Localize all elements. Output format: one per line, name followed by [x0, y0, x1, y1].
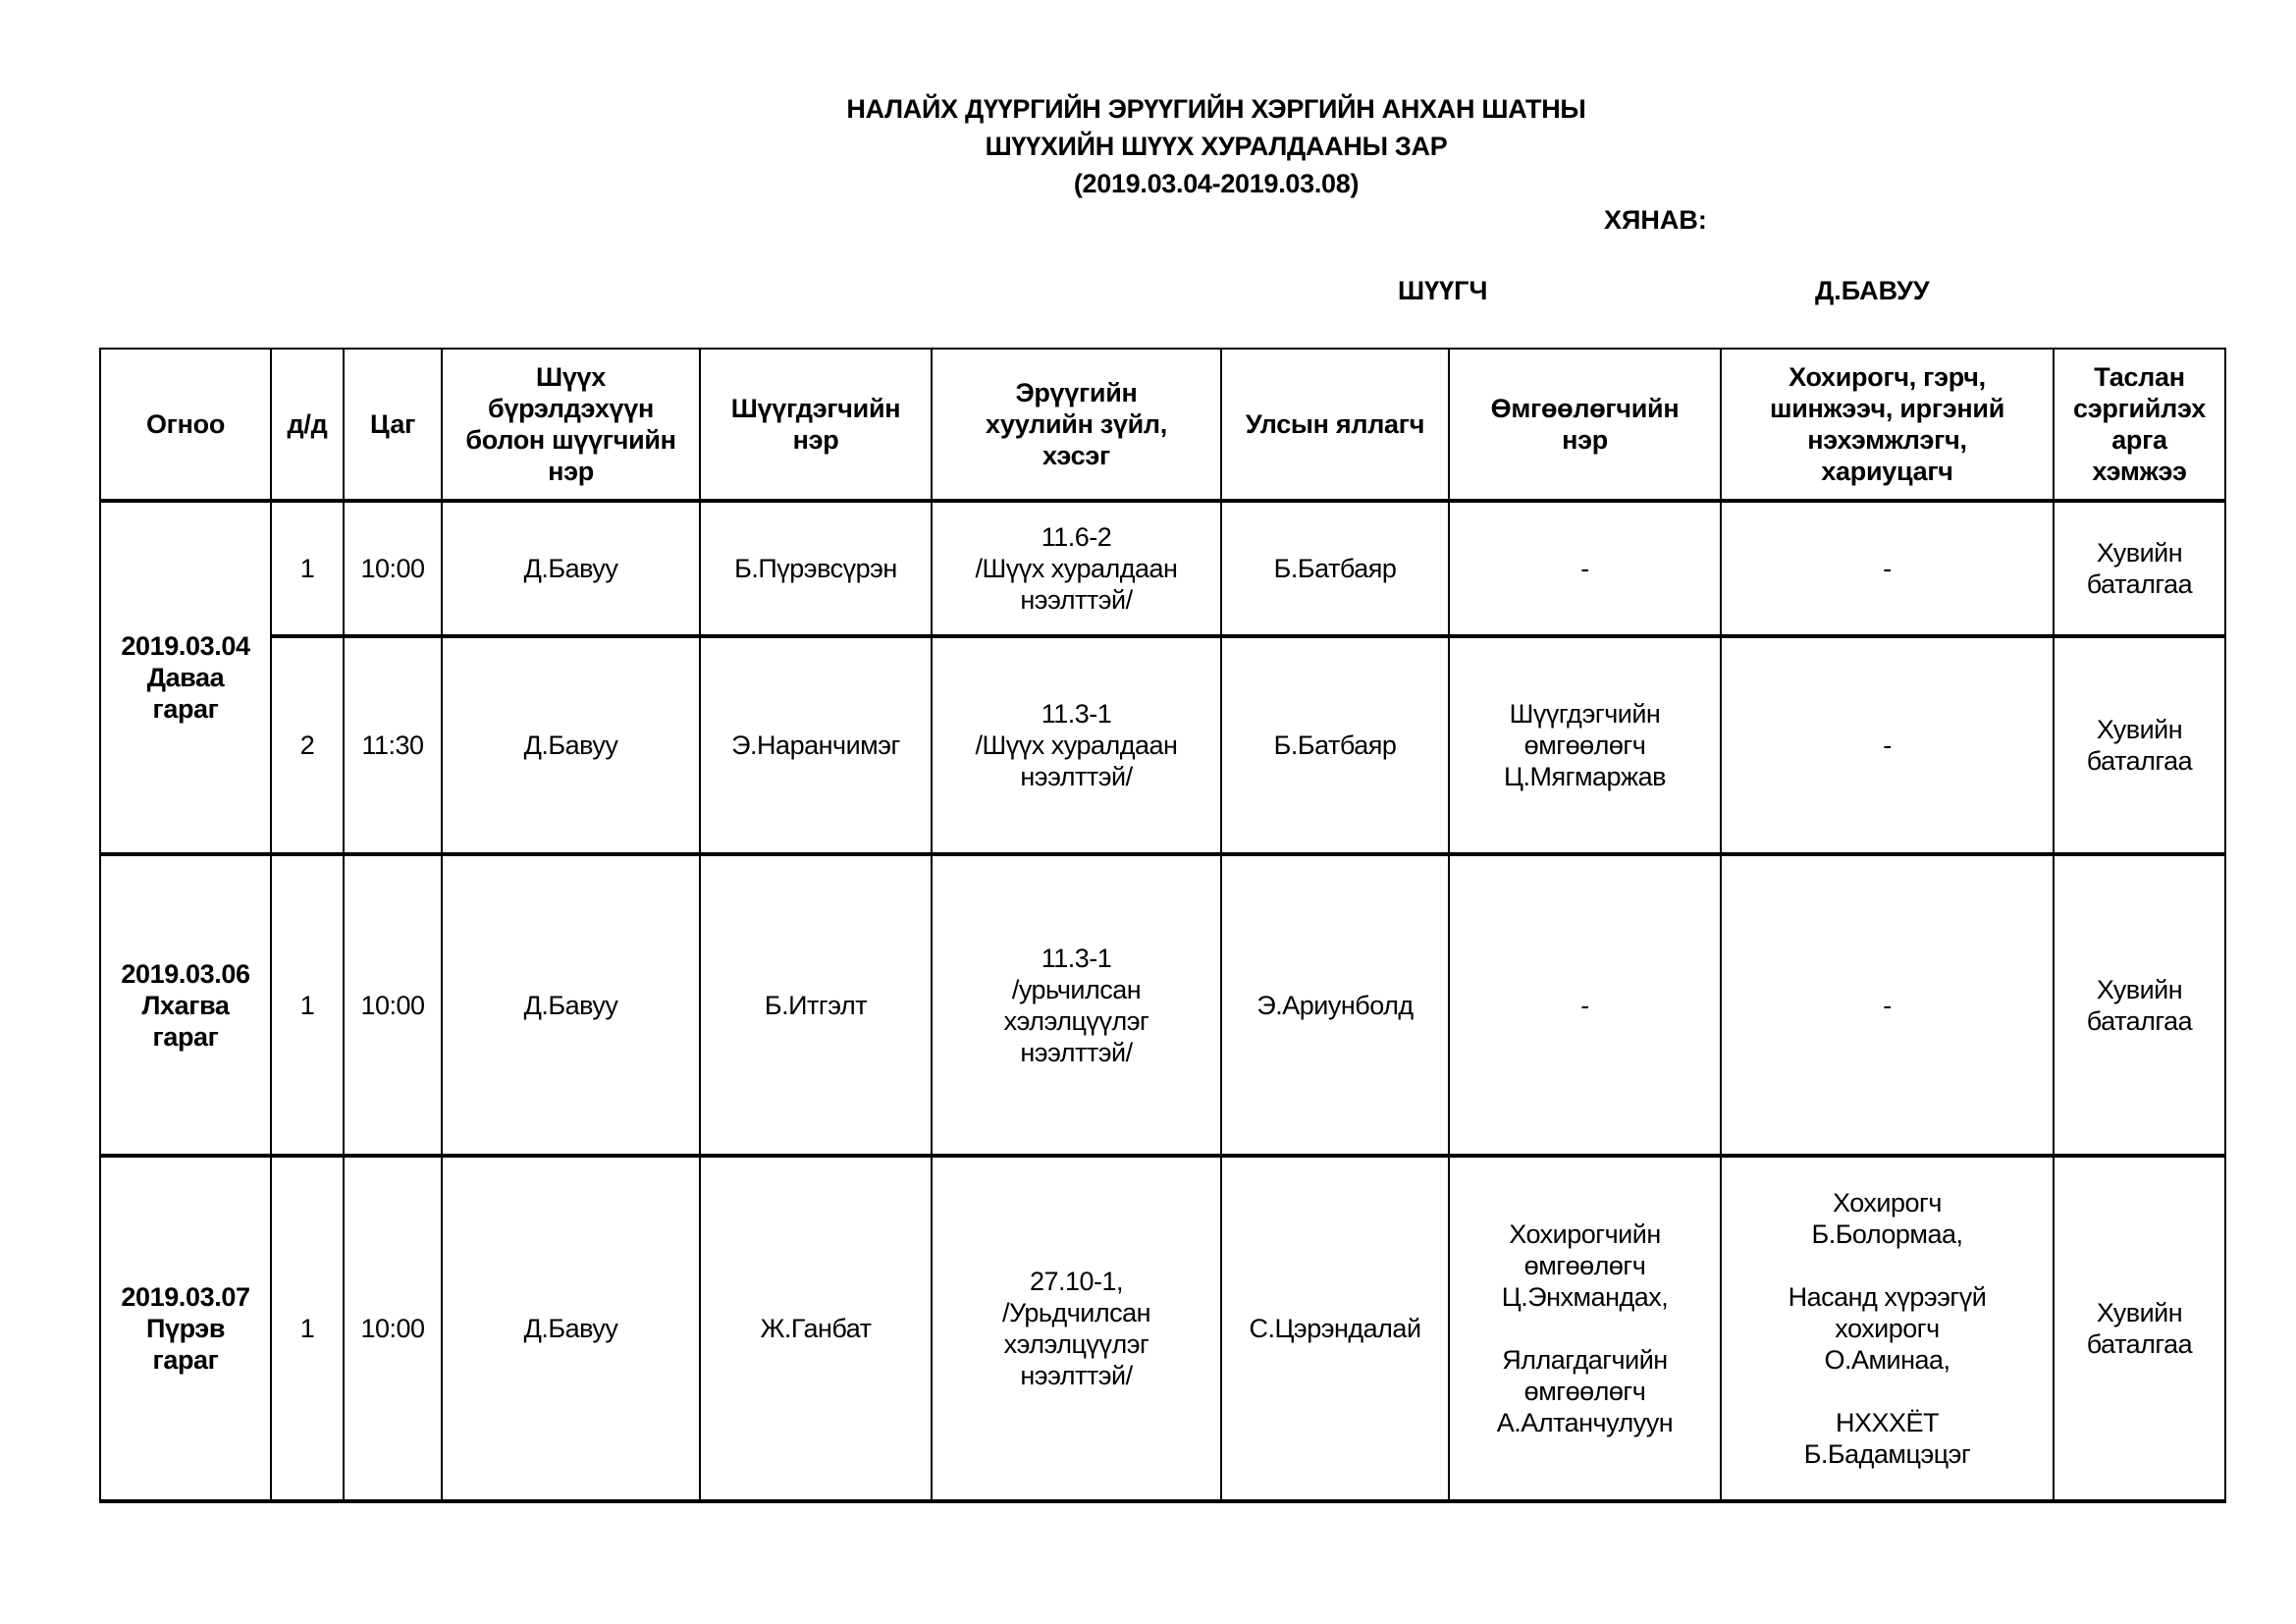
preventive-measure: Хувийнбаталгаа	[2054, 854, 2225, 1156]
defendant-name: Б.Пүрэвсүрэн	[700, 501, 932, 636]
column-header-preventive-measure: Таслансэргийлэхаргахэмжээ	[2054, 349, 2225, 501]
column-header-line: арга	[2060, 424, 2218, 456]
defense-attorney: ХохирогчийнөмгөөлөгчЦ.Энхмандах,Яллагдаг…	[1449, 1156, 1721, 1501]
cell-line: нээлттэй/	[938, 761, 1214, 792]
cell-line: нээлттэй/	[938, 584, 1214, 616]
cell-line: өмгөөлөгч	[1456, 730, 1714, 761]
approval-label: ХЯНАВ:	[1604, 204, 1707, 236]
judge-name-cell: Д.Бавуу	[442, 854, 700, 1156]
table-row: 2019.03.07Пүрэвгараг110:00Д.БавууЖ.Ганба…	[100, 1156, 2225, 1501]
column-header-line: хэсэг	[938, 440, 1214, 471]
column-header-line: Шүүгдэгчийн	[707, 393, 925, 424]
cell-line: нээлттэй/	[938, 1360, 1214, 1391]
column-header-number: д/д	[271, 349, 344, 501]
cell-line: -	[1456, 553, 1714, 584]
cell-line: Хувийн	[2060, 974, 2218, 1005]
column-header-line: нэр	[707, 424, 925, 456]
weekday: гараг	[107, 693, 264, 725]
date-cell: 2019.03.06Лхагвагараг	[100, 854, 271, 1156]
column-header-line: хариуцагч	[1728, 456, 2047, 487]
preventive-measure: Хувийнбаталгаа	[2054, 501, 2225, 636]
cell-line: Хохирогчийн	[1456, 1218, 1714, 1250]
cell-line: -	[1456, 990, 1714, 1021]
preventive-measure: Хувийнбаталгаа	[2054, 636, 2225, 854]
judge-name-cell: Д.Бавуу	[442, 501, 700, 636]
cell-line: /Шүүх хуралдаан	[938, 553, 1214, 584]
cell-line: баталгаа	[2060, 1328, 2218, 1360]
case-number: 1	[271, 1156, 344, 1501]
defendant-name: Э.Наранчимэг	[700, 636, 932, 854]
weekday: Даваа	[107, 662, 264, 693]
cell-line: Шүүгдэгчийн	[1456, 698, 1714, 730]
case-number: 2	[271, 636, 344, 854]
hearing-time: 10:00	[344, 854, 442, 1156]
column-header-line: бүрэлдэхүүн	[449, 393, 693, 424]
hearing-time: 10:00	[344, 1156, 442, 1501]
cell-line: -	[1728, 553, 2047, 584]
column-header-line: нэр	[1456, 424, 1714, 456]
cell-line: НХХХЁТ	[1728, 1407, 2047, 1438]
cell-line: Насанд хүрээгүй	[1728, 1281, 2047, 1313]
cell-line: баталгаа	[2060, 1005, 2218, 1037]
column-header-line: Огноо	[107, 408, 264, 440]
table-row: 211:30Д.БавууЭ.Наранчимэг11.3-1/Шүүх хур…	[100, 636, 2225, 854]
line-gap	[1456, 1313, 1714, 1344]
cell-line: 27.10-1,	[938, 1266, 1214, 1297]
weekday: гараг	[107, 1021, 264, 1053]
weekday: Пүрэв	[107, 1313, 264, 1344]
cell-line: Ц.Энхмандах,	[1456, 1281, 1714, 1313]
defense-attorney: ШүүгдэгчийнөмгөөлөгчЦ.Мягмаржав	[1449, 636, 1721, 854]
victims-witnesses: -	[1721, 501, 2054, 636]
column-header-time: Цаг	[344, 349, 442, 501]
table-row: 2019.03.06Лхагвагараг110:00Д.БавууБ.Итгэ…	[100, 854, 2225, 1156]
column-header-line: хэмжээ	[2060, 456, 2218, 487]
cell-line: Б.Бадамцэцэг	[1728, 1438, 2047, 1470]
column-header-victims-witnesses: Хохирогч, гэрч,шинжээч, иргэнийнэхэмжлэг…	[1721, 349, 2054, 501]
hearing-date: 2019.03.06	[107, 958, 264, 990]
case-number: 1	[271, 501, 344, 636]
column-header-line: сэргийлэх	[2060, 393, 2218, 424]
column-header-line: Цаг	[350, 408, 435, 440]
column-header-line: Эрүүгийн	[938, 377, 1214, 408]
column-header-line: Улсын яллагч	[1228, 408, 1442, 440]
column-header-line: Хохирогч, гэрч,	[1728, 361, 2047, 393]
cell-line: нээлттэй/	[938, 1037, 1214, 1068]
prosecutor-name: С.Цэрэндалай	[1221, 1156, 1449, 1501]
judge-name: Д.БАВУУ	[1815, 275, 1930, 306]
defense-attorney: -	[1449, 854, 1721, 1156]
column-header-line: хуулийн зүйл,	[938, 408, 1214, 440]
cell-line: Б.Болормаа,	[1728, 1218, 2047, 1250]
victims-witnesses: ХохирогчБ.Болормаа,Насанд хүрээгүйхохиро…	[1721, 1156, 2054, 1501]
column-header-line: нэхэмжлэгч,	[1728, 424, 2047, 456]
cell-line: Хувийн	[2060, 714, 2218, 745]
column-header-criminal-code-article: Эрүүгийнхуулийн зүйл,хэсэг	[932, 349, 1221, 501]
prosecutor-name: Б.Батбаяр	[1221, 636, 1449, 854]
date-cell: 2019.03.07Пүрэвгараг	[100, 1156, 271, 1501]
column-header-date: Огноо	[100, 349, 271, 501]
preventive-measure: Хувийнбаталгаа	[2054, 1156, 2225, 1501]
judge-name-cell: Д.Бавуу	[442, 636, 700, 854]
document-title-line-2: ШҮҮХИЙН ШҮҮХ ХУРАЛДААНЫ ЗАР	[986, 131, 1448, 162]
criminal-code-article: 11.6-2/Шүүх хуралдааннээлттэй/	[932, 501, 1221, 636]
cell-line: хэлэлцүүлэг	[938, 1328, 1214, 1360]
column-header-court-composition: Шүүхбүрэлдэхүүнболон шүүгчийннэр	[442, 349, 700, 501]
defense-attorney: -	[1449, 501, 1721, 636]
defendant-name: Б.Итгэлт	[700, 854, 932, 1156]
defendant-name: Ж.Ганбат	[700, 1156, 932, 1501]
hearing-date: 2019.03.07	[107, 1281, 264, 1313]
hearing-date: 2019.03.04	[107, 630, 264, 662]
case-number: 1	[271, 854, 344, 1156]
cell-line: баталгаа	[2060, 568, 2218, 600]
cell-line: 11.3-1	[938, 698, 1214, 730]
cell-line: /Урьдчилсан	[938, 1297, 1214, 1328]
hearing-schedule-table: Огноод/дЦагШүүхбүрэлдэхүүнболон шүүгчийн…	[99, 348, 2226, 1503]
weekday: гараг	[107, 1344, 264, 1376]
prosecutor-name: Б.Батбаяр	[1221, 501, 1449, 636]
criminal-code-article: 11.3-1/урьчилсанхэлэлцүүлэгнээлттэй/	[932, 854, 1221, 1156]
cell-line: Хувийн	[2060, 537, 2218, 568]
cell-line: 11.6-2	[938, 521, 1214, 553]
victims-witnesses: -	[1721, 636, 2054, 854]
column-header-defendant: Шүүгдэгчийннэр	[700, 349, 932, 501]
cell-line: Хувийн	[2060, 1297, 2218, 1328]
hearing-time: 11:30	[344, 636, 442, 854]
cell-line: О.Аминаа,	[1728, 1344, 2047, 1376]
victims-witnesses: -	[1721, 854, 2054, 1156]
line-gap	[1728, 1250, 2047, 1281]
criminal-code-article: 11.3-1/Шүүх хуралдааннээлттэй/	[932, 636, 1221, 854]
cell-line: 11.3-1	[938, 943, 1214, 974]
prosecutor-name: Э.Ариунболд	[1221, 854, 1449, 1156]
table-header-row: Огноод/дЦагШүүхбүрэлдэхүүнболон шүүгчийн…	[100, 349, 2225, 501]
column-header-line: Өмгөөлөгчийн	[1456, 393, 1714, 424]
cell-line: хохирогч	[1728, 1313, 2047, 1344]
cell-line: Яллагдагчийн	[1456, 1344, 1714, 1376]
column-header-line: Таслан	[2060, 361, 2218, 393]
cell-line: хэлэлцүүлэг	[938, 1005, 1214, 1037]
column-header-prosecutor: Улсын яллагч	[1221, 349, 1449, 501]
cell-line: баталгаа	[2060, 745, 2218, 777]
weekday: Лхагва	[107, 990, 264, 1021]
cell-line: Хохирогч	[1728, 1187, 2047, 1218]
cell-line: өмгөөлөгч	[1456, 1250, 1714, 1281]
column-header-line: д/д	[278, 408, 337, 440]
line-gap	[1728, 1376, 2047, 1407]
cell-line: /урьчилсан	[938, 974, 1214, 1005]
document-date-range: (2019.03.04-2019.03.08)	[1074, 168, 1359, 199]
cell-line: -	[1728, 990, 2047, 1021]
hearing-time: 10:00	[344, 501, 442, 636]
cell-line: -	[1728, 730, 2047, 761]
cell-line: Ц.Мягмаржав	[1456, 761, 1714, 792]
cell-line: А.Алтанчулуун	[1456, 1407, 1714, 1438]
column-header-line: болон шүүгчийн	[449, 424, 693, 456]
cell-line: өмгөөлөгч	[1456, 1376, 1714, 1407]
judge-name-cell: Д.Бавуу	[442, 1156, 700, 1501]
date-cell: 2019.03.04Даваагараг	[100, 501, 271, 854]
column-header-defense-attorney: Өмгөөлөгчийннэр	[1449, 349, 1721, 501]
table-body: 2019.03.04Даваагараг110:00Д.БавууБ.Пүрэв…	[100, 501, 2225, 1501]
criminal-code-article: 27.10-1,/Урьдчилсанхэлэлцүүлэгнээлттэй/	[932, 1156, 1221, 1501]
cell-line: /Шүүх хуралдаан	[938, 730, 1214, 761]
judge-label: ШҮҮГЧ	[1398, 275, 1487, 306]
document-title-line-1: НАЛАЙХ ДҮҮРГИЙН ЭРҮҮГИЙН ХЭРГИЙН АНХАН Ш…	[846, 93, 1585, 125]
column-header-line: нэр	[449, 456, 693, 487]
table-row: 2019.03.04Даваагараг110:00Д.БавууБ.Пүрэв…	[100, 501, 2225, 636]
column-header-line: Шүүх	[449, 361, 693, 393]
column-header-line: шинжээч, иргэний	[1728, 393, 2047, 424]
